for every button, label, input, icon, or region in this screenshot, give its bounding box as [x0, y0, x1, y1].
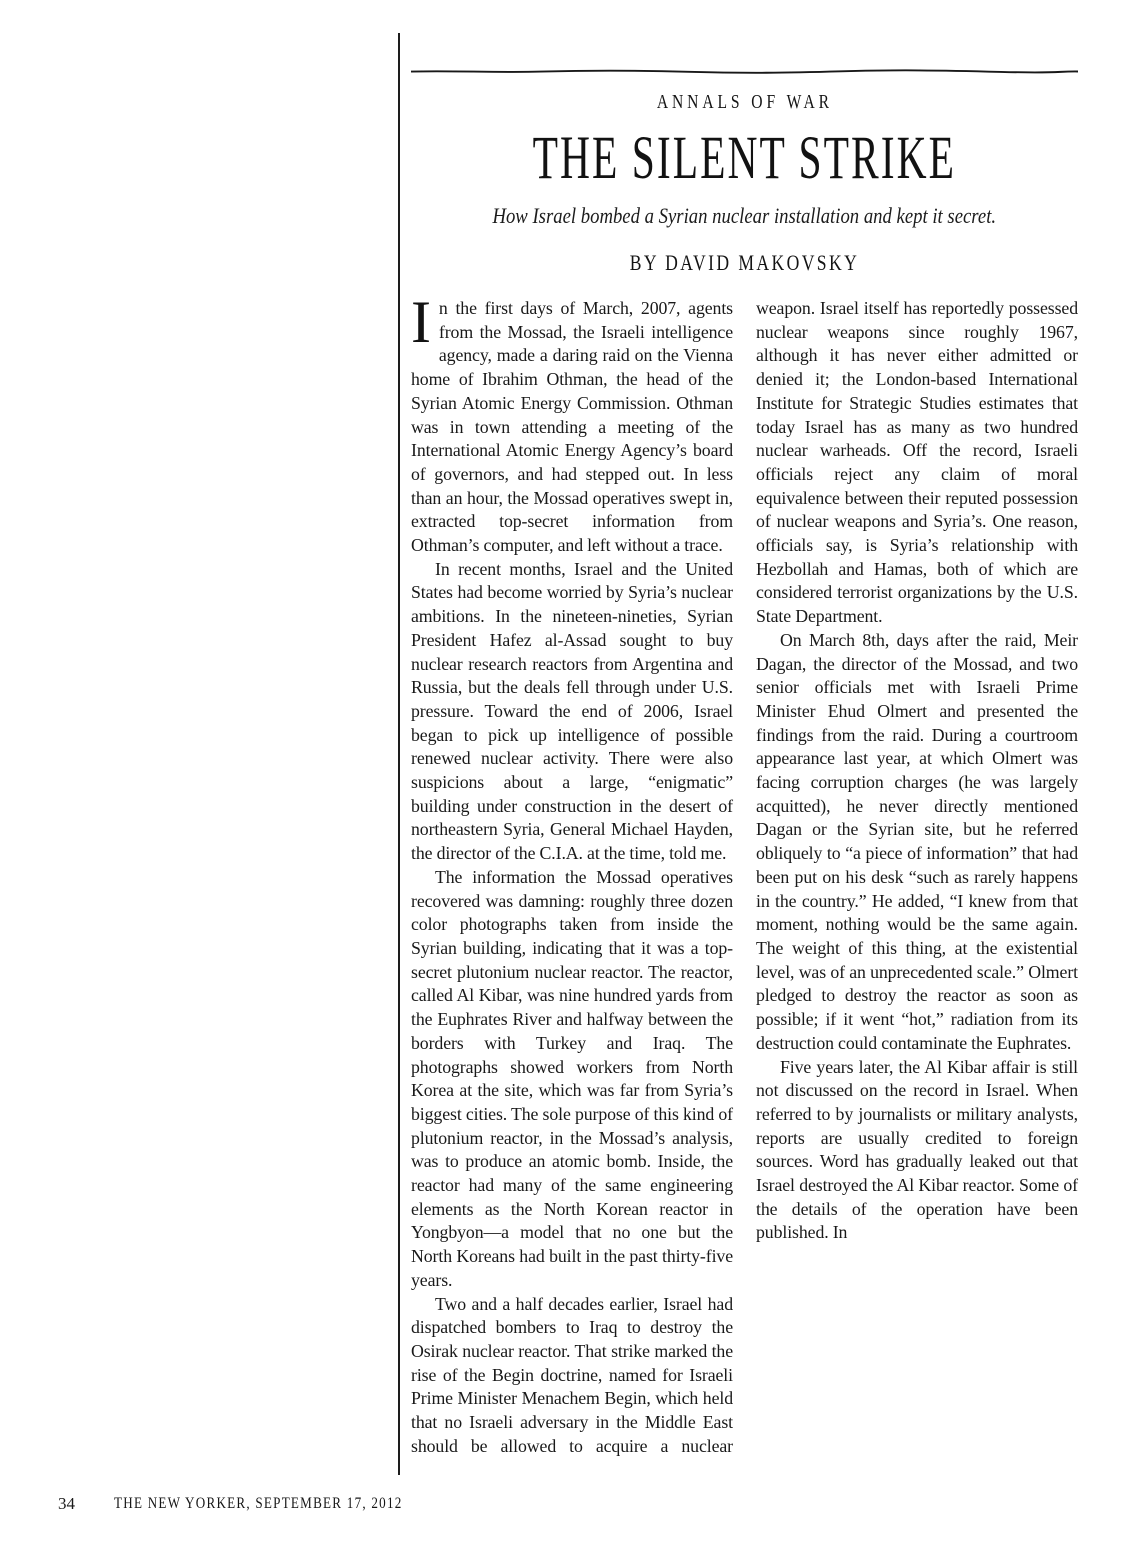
- paragraph-3: The information the Mossad operatives re…: [411, 866, 733, 1293]
- article-deck: How Israel bombed a Syrian nuclear insta…: [411, 203, 1078, 229]
- article-byline: BY DAVID MAKOVSKY: [411, 250, 1078, 276]
- paragraph-2: In recent months, Israel and the United …: [411, 558, 733, 866]
- paragraph-5: On March 8th, days after the raid, Meir …: [756, 629, 1078, 1056]
- footer-magazine-title: THE NEW YORKER, SEPTEMBER 17, 2012: [114, 1495, 403, 1513]
- article-byline-text: BY DAVID MAKOVSKY: [630, 250, 860, 276]
- paragraph-1-text: n the first days of March, 2007, agents …: [411, 298, 733, 555]
- article-content: ANNALS OF WAR THE SILENT STRIKE How Isra…: [411, 69, 1078, 1473]
- margin-vertical-rule: [398, 33, 400, 1475]
- article-body: In the first days of March, 2007, agents…: [411, 297, 1078, 1473]
- magazine-page: { "header": { "rubric": "ANNALS OF WAR",…: [0, 0, 1134, 1548]
- section-rubric: ANNALS OF WAR: [656, 91, 832, 114]
- drop-cap: I: [411, 297, 439, 345]
- header-rule: [411, 69, 1078, 74]
- page-footer: 34 THE NEW YORKER, SEPTEMBER 17, 2012: [0, 1492, 400, 1522]
- paragraph-1: In the first days of March, 2007, agents…: [411, 297, 733, 558]
- paragraph-6: Five years later, the Al Kibar affair is…: [756, 1056, 1078, 1246]
- article-deck-text: How Israel bombed a Syrian nuclear insta…: [493, 203, 997, 229]
- article-title: THE SILENT STRIKE: [411, 134, 1078, 184]
- footer-page-number: 34: [58, 1494, 75, 1514]
- article-title-text: THE SILENT STRIKE: [533, 134, 956, 184]
